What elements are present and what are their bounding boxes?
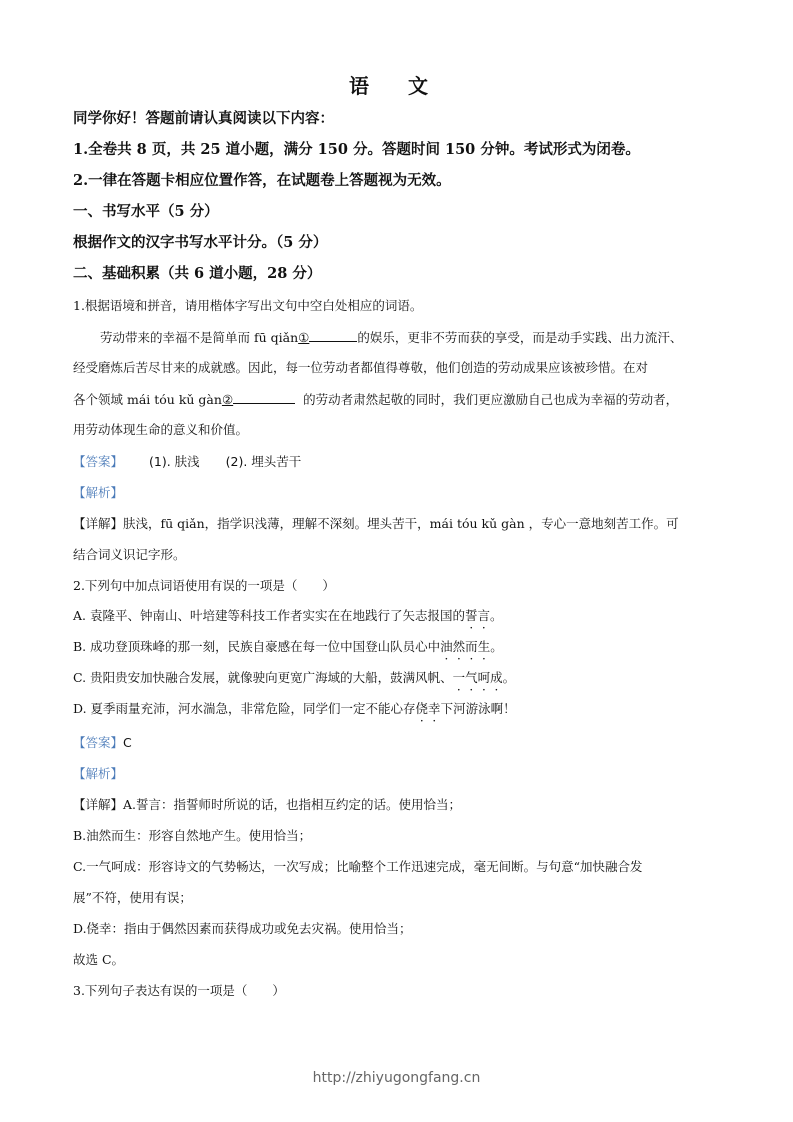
- blank-marker-2: ②: [222, 392, 233, 407]
- q2-detail-b: B.油然而生：形容自然地产生。使用恰当；: [73, 827, 311, 845]
- dotted-word: 一气呵成: [453, 670, 503, 685]
- emphasis-char: 成: [490, 670, 503, 685]
- q1-passage-line-1: 劳动带来的幸福不是简单而 fū qiǎn①的娱乐，更非不劳而获的享受，而是动手实…: [100, 328, 682, 347]
- option-text: D. 夏季雨量充沛，河水湍急，非常危险，同学们一定不能心存: [73, 701, 416, 716]
- emphasis-char: 侥: [416, 701, 429, 716]
- q1-answer: 【答案】 (1). 肤浅 (2). 埋头苦干: [73, 453, 301, 471]
- detail-label: 【详解】: [73, 516, 123, 531]
- passage-text: 各个领域 mái tóu kǔ gàn: [73, 392, 222, 407]
- emphasis-char: 言: [478, 608, 491, 623]
- emphasis-char: 幸: [428, 701, 441, 716]
- option-text: 。: [490, 639, 503, 654]
- page-title: 语 文: [0, 70, 793, 99]
- option-text: C. 贵阳贵安加快融合发展，就像驶向更宽广海域的大船，鼓满风帆、: [73, 670, 453, 685]
- q3-prompt: 3.下列句子表达有误的一项是（ ）: [73, 982, 285, 1000]
- q2-prompt: 2.下列句中加点词语使用有误的一项是（ ）: [73, 577, 335, 595]
- detail-text: A.誓言：指誓师时所说的话，也指相互约定的话。使用恰当；: [123, 797, 461, 812]
- answer-blank-2: [233, 390, 295, 404]
- blank-marker-1: ①: [298, 330, 309, 345]
- passage-text: 的劳动者肃然起敬的同时，我们更应激励自己也成为幸福的劳动者，: [303, 392, 678, 407]
- dotted-word: 誓言: [465, 608, 490, 623]
- option-text: 下河游泳啊！: [441, 701, 516, 716]
- q2-detail-d: D.侥幸：指由于偶然因素而获得成功或免去灾祸。使用恰当；: [73, 920, 412, 938]
- footer-url[interactable]: http://zhiyugongfang.cn: [0, 1070, 793, 1086]
- notice-item-1: 1.全卷共 8 页，共 25 道小题，满分 150 分。答题时间 150 分钟。…: [73, 141, 640, 159]
- q1-prompt: 1.根据语境和拼音，请用楷体字写出文句中空白处相应的词语。: [73, 297, 422, 315]
- q1-detail-2: 结合词义识记字形。: [73, 546, 186, 564]
- answer-1: (1). 肤浅: [149, 454, 200, 469]
- detail-text: 肤浅，fū qiǎn，指学识浅薄，理解不深刻。埋头苦干，mái tóu kǔ g…: [123, 516, 679, 531]
- emphasis-char: 呵: [478, 670, 491, 685]
- q1-passage-line-4: 用劳动体现生命的意义和价值。: [73, 421, 248, 439]
- option-text: 。: [503, 670, 516, 685]
- emphasis-char: 誓: [465, 608, 478, 623]
- q2-answer: 【答案】C: [73, 734, 132, 752]
- detail-label: 【详解】: [73, 797, 123, 812]
- emphasis-char: 然: [453, 639, 466, 654]
- emphasis-char: 生: [478, 639, 491, 654]
- emphasis-char: 而: [465, 639, 478, 654]
- answer-blank-1: [309, 328, 357, 342]
- section1-desc: 根据作文的汉字书写水平计分。（5 分）: [73, 234, 327, 252]
- emphasis-char: 一: [453, 670, 466, 685]
- emphasis-char: 气: [465, 670, 478, 685]
- section1-heading: 一、书写水平（5 分）: [73, 203, 219, 221]
- q2-detail-c1: C.一气呵成：形容诗文的气势畅达，一次写成；比喻整个工作迅速完成，毫无间断。与句…: [73, 858, 643, 876]
- q2-conclusion: 故选 C。: [73, 951, 124, 969]
- answer-label: 【答案】: [73, 735, 123, 750]
- dotted-word: 侥幸: [416, 701, 441, 716]
- q1-detail-1: 【详解】肤浅，fū qiǎn，指学识浅薄，理解不深刻。埋头苦干，mái tóu …: [73, 515, 679, 533]
- document-page: 语 文 同学你好！答题前请认真阅读以下内容： 1.全卷共 8 页，共 25 道小…: [0, 0, 793, 1122]
- q2-option-c: C. 贵阳贵安加快融合发展，就像驶向更宽广海域的大船，鼓满风帆、一气呵成。: [73, 669, 515, 687]
- notice-item-2: 2.一律在答题卡相应位置作答，在试题卷上答题视为无效。: [73, 172, 451, 190]
- q2-detail-a: 【详解】A.誓言：指誓师时所说的话，也指相互约定的话。使用恰当；: [73, 796, 461, 814]
- answer-label: 【答案】: [73, 454, 123, 469]
- notice-greeting: 同学你好！答题前请认真阅读以下内容：: [73, 110, 334, 128]
- passage-text: 劳动带来的幸福不是简单而 fū qiǎn: [100, 330, 298, 345]
- q1-passage-line-2: 经受磨炼后苦尽甘来的成就感。因此，每一位劳动者都值得尊敬，他们创造的劳动成果应该…: [73, 359, 648, 377]
- q2-detail-c2: 展”不符，使用有误；: [73, 889, 192, 907]
- answer-value: C: [123, 735, 132, 750]
- dotted-word: 油然而生: [440, 639, 490, 654]
- q1-passage-line-3: 各个领域 mái tóu kǔ gàn② 的劳动者肃然起敬的同时，我们更应激励自…: [73, 390, 678, 409]
- q2-option-d: D. 夏季雨量充沛，河水湍急，非常危险，同学们一定不能心存侥幸下河游泳啊！: [73, 700, 516, 718]
- q2-option-a: A. 袁隆平、钟南山、叶培建等科技工作者实实在在地践行了矢志报国的誓言。: [73, 607, 503, 625]
- q2-analysis-label: 【解析】: [73, 765, 123, 783]
- emphasis-char: 油: [440, 639, 453, 654]
- option-text: A. 袁隆平、钟南山、叶培建等科技工作者实实在在地践行了矢志报国的: [73, 608, 465, 623]
- q2-option-b: B. 成功登顶珠峰的那一刻，民族自豪感在每一位中国登山队员心中油然而生。: [73, 638, 503, 656]
- section2-heading: 二、基础积累（共 6 道小题，28 分）: [73, 265, 321, 283]
- answer-2: (2). 埋头苦干: [226, 454, 302, 469]
- passage-text: 的娱乐，更非不劳而获的享受，而是动手实践、出力流汗、: [357, 330, 682, 345]
- option-text: 。: [490, 608, 503, 623]
- q1-analysis-label: 【解析】: [73, 484, 123, 502]
- option-text: B. 成功登顶珠峰的那一刻，民族自豪感在每一位中国登山队员心中: [73, 639, 440, 654]
